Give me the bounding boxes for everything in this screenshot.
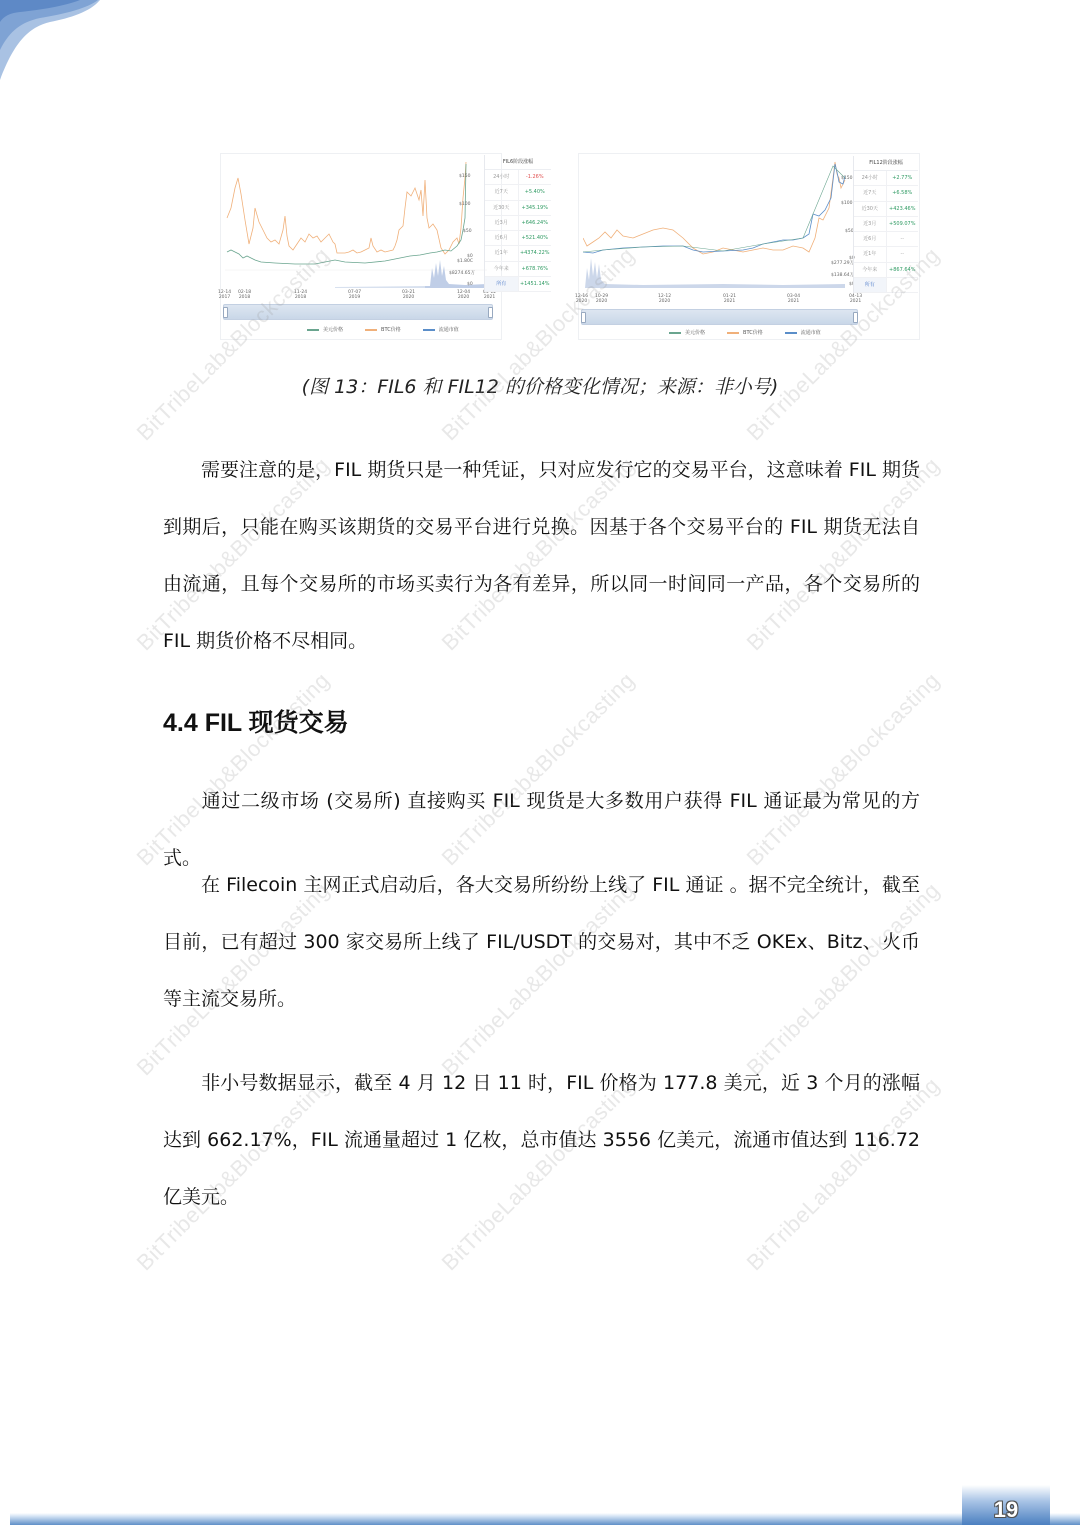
- legend-market-cap[interactable]: 流通市值: [785, 329, 821, 336]
- table-title: FIL12阶段涨幅: [854, 156, 918, 171]
- table-row[interactable]: 近7天+6.58%: [854, 186, 918, 201]
- table-row[interactable]: 近1年+4374.22%: [485, 246, 551, 261]
- fil12-change-table: FIL12阶段涨幅 24小时+2.77% 近7天+6.58% 近30天+423.…: [853, 156, 918, 293]
- legend-market-cap[interactable]: 流通市值: [423, 326, 459, 333]
- y-label: $1.80C: [457, 259, 473, 264]
- footer-bar: [10, 1513, 1080, 1525]
- table-row[interactable]: 近1年--: [854, 247, 918, 262]
- x-label: 12-042020: [457, 290, 470, 300]
- time-range-slider[interactable]: [223, 304, 493, 320]
- time-range-slider[interactable]: [581, 309, 858, 325]
- table-row[interactable]: 近3月+646.24%: [485, 216, 551, 231]
- slider-handle-right[interactable]: [488, 307, 493, 318]
- y-label: $100: [459, 202, 470, 207]
- fil12-plot: [583, 158, 851, 288]
- x-label: 11-242018: [294, 290, 307, 300]
- legend-usd-price[interactable]: 美元价格: [307, 326, 343, 333]
- table-title: FIL6阶段涨幅: [485, 155, 551, 170]
- y-label: $8274.65万: [449, 270, 475, 276]
- table-row-active[interactable]: 所有: [854, 278, 918, 293]
- legend-btc-price[interactable]: BTC价格: [727, 329, 763, 336]
- table-row[interactable]: 近30天+345.19%: [485, 201, 551, 216]
- table-row[interactable]: 近30天+423.46%: [854, 202, 918, 217]
- table-row[interactable]: 近7天+5.40%: [485, 185, 551, 200]
- x-label: 12-142017: [218, 290, 231, 300]
- chart-legend: 美元价格 BTC价格 流通市值: [669, 329, 821, 336]
- y-label: $150: [841, 176, 852, 181]
- paragraph-exchanges: 在 Filecoin 主网正式启动后，各大交易所纷纷上线了 FIL 通证 。据不…: [163, 857, 920, 1028]
- x-label: 01-212021: [723, 294, 736, 304]
- y-label: $138.64万: [831, 272, 854, 278]
- legend-usd-price[interactable]: 美元价格: [669, 329, 705, 336]
- fil6-change-table: FIL6阶段涨幅 24小时-1.26% 近7天+5.40% 近30天+345.1…: [484, 155, 551, 292]
- x-label: 03-042021: [787, 294, 800, 304]
- table-row[interactable]: 今年来+867.64%: [854, 263, 918, 278]
- table-row[interactable]: 24小时+2.77%: [854, 171, 918, 186]
- table-row[interactable]: 24小时-1.26%: [485, 170, 551, 185]
- figure-13-charts: $150 $100 $50 $0 $1.80C $8274.65万 $0 12-…: [220, 153, 920, 343]
- y-label: $50: [463, 229, 472, 234]
- page-number: 19: [994, 1497, 1018, 1523]
- slider-handle-left[interactable]: [223, 307, 228, 318]
- x-label: 02-182018: [238, 290, 251, 300]
- fil6-price-chart: $150 $100 $50 $0 $1.80C $8274.65万 $0 12-…: [220, 153, 502, 340]
- y-label: $150: [459, 174, 470, 179]
- table-row-active[interactable]: 所有+1451.14%: [485, 277, 551, 292]
- paragraph-market-data: 非小号数据显示，截至 4 月 12 日 11 时，FIL 价格为 177.8 美…: [163, 1055, 920, 1226]
- paragraph-futures-note: 需要注意的是，FIL 期货只是一种凭证，只对应发行它的交易平台，这意味着 FIL…: [163, 442, 920, 670]
- y-label: $277.29万: [831, 260, 854, 266]
- chart-legend: 美元价格 BTC价格 流通市值: [307, 326, 459, 333]
- table-row[interactable]: 近6月+521.40%: [485, 231, 551, 246]
- figure-caption: (图 13：FIL6 和 FIL12 的价格变化情况；来源：非小号): [0, 372, 1080, 399]
- legend-btc-price[interactable]: BTC价格: [365, 326, 401, 333]
- x-label: 04-132021: [849, 294, 862, 304]
- x-label: 10-292020: [595, 294, 608, 304]
- page-number-box: 19: [962, 1485, 1050, 1525]
- table-row[interactable]: 今年来+678.76%: [485, 262, 551, 277]
- section-heading: 4.4 FIL 现货交易: [163, 703, 349, 739]
- x-label: 03-212020: [402, 290, 415, 300]
- fil12-price-chart: $150 $100 $50 $0 $277.29万 $138.64万 $0 12…: [578, 153, 920, 340]
- y-label: $0: [467, 282, 473, 287]
- table-row[interactable]: 近3月+509.07%: [854, 217, 918, 232]
- table-row[interactable]: 近6月--: [854, 232, 918, 247]
- y-label: $100: [841, 201, 852, 206]
- x-label: 12-162020: [575, 294, 588, 304]
- x-label: 07-072019: [348, 290, 361, 300]
- fil6-plot: [225, 158, 493, 288]
- slider-handle-right[interactable]: [853, 312, 858, 323]
- x-label: 12-122020: [658, 294, 671, 304]
- corner-wave-decoration: [0, 0, 110, 85]
- slider-handle-left[interactable]: [581, 312, 586, 323]
